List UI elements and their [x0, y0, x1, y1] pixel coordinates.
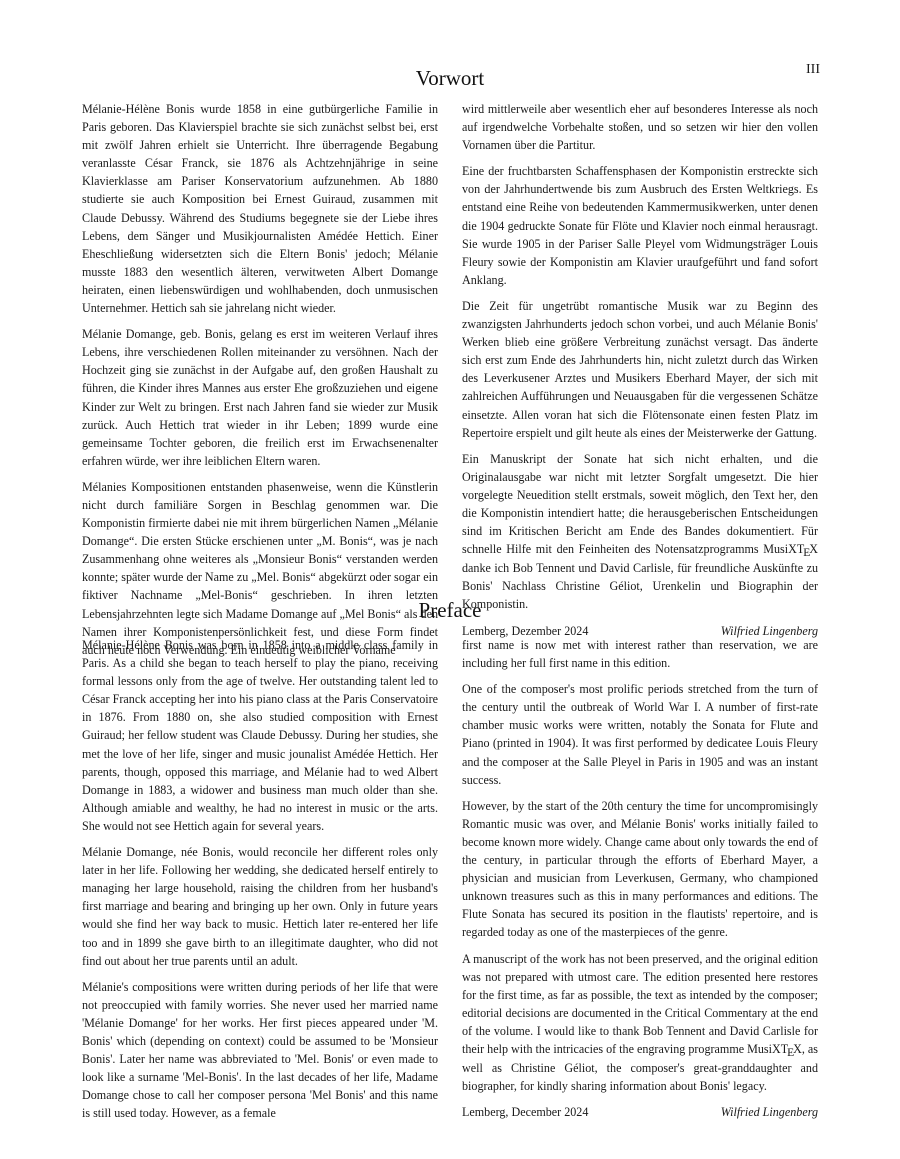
place-date: Lemberg, December 2024 [462, 1103, 588, 1121]
vorwort-paragraph: Eine der fruchtbarsten Schaffensphasen d… [462, 162, 818, 289]
author-name: Wilfried Lingenberg [721, 1103, 818, 1121]
preface-paragraph-acknowledgements: A manuscript of the work has not been pr… [462, 950, 818, 1096]
vorwort-paragraph: Mélanie Domange, geb. Bonis, gelang es e… [82, 325, 438, 470]
preface-paragraph: However, by the start of the 20th centur… [462, 797, 818, 942]
tex-logo-e: E [787, 1047, 794, 1059]
vorwort-right-column: wird mittlerweile aber wesentlich eher a… [462, 100, 818, 640]
preface-paragraph: Mélanie's compositions were written duri… [82, 978, 438, 1123]
preface-paragraph: Mélanie-Hélène Bonis was born in 1858 in… [82, 636, 438, 835]
vorwort-paragraph: Die Zeit für ungetrübt romantische Musik… [462, 297, 818, 442]
preface-left-column: Mélanie-Hélène Bonis was born in 1858 in… [82, 636, 438, 1130]
vorwort-left-column: Mélanie-Hélène Bonis wurde 1858 in eine … [82, 100, 438, 667]
vorwort-heading: Vorwort [0, 66, 900, 91]
preface-paragraph: One of the composer's most prolific peri… [462, 680, 818, 789]
vorwort-paragraph: Mélanie-Hélène Bonis wurde 1858 in eine … [82, 100, 438, 317]
preface-paragraph: first name is now met with interest rath… [462, 636, 818, 672]
tex-logo-e: E [803, 547, 810, 559]
vorwort-paragraph-acknowledgements: Ein Manuskript der Sonate hat sich nicht… [462, 450, 818, 614]
vorwort-paragraph: wird mittlerweile aber wesentlich eher a… [462, 100, 818, 154]
preface-signature: Lemberg, December 2024 Wilfried Lingenbe… [462, 1103, 818, 1121]
preface-paragraph: Mélanie Domange, née Bonis, would reconc… [82, 843, 438, 970]
preface-heading: Preface [0, 598, 900, 623]
vorwort-paragraph: Mélanies Kompositionen entstanden phasen… [82, 478, 438, 659]
preface-right-column: first name is now met with interest rath… [462, 636, 818, 1121]
